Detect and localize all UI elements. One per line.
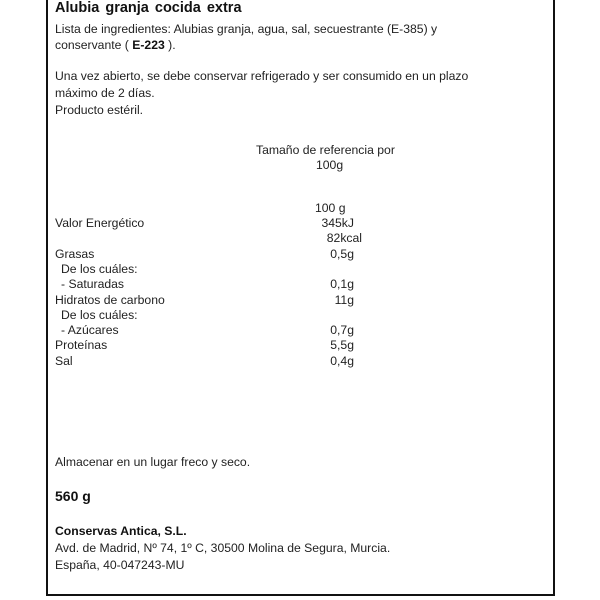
nutrient-value: 11g <box>274 293 354 307</box>
nutrient-label: De los cuáles: <box>61 308 138 322</box>
nutrient-value: 0,4g <box>274 354 354 368</box>
preservative-code: E-223 <box>132 38 165 52</box>
nutrient-label: - Azúcares <box>61 323 119 337</box>
company-name: Conservas Antica, S.L. <box>55 524 187 538</box>
nutrition-reference-header-2: 100g <box>316 158 343 172</box>
ingredients-line-2: conservante ( E-223 ). <box>55 38 176 52</box>
storage-opened-line-2: máximo de 2 días. <box>55 86 155 100</box>
nutrient-label: Grasas <box>55 247 94 261</box>
product-title: Alubia granja cocida extra <box>55 1 242 15</box>
nutrient-label: Sal <box>55 354 73 368</box>
ingredients-line-1: Lista de ingredientes: Alubias granja, a… <box>55 22 437 36</box>
product-label: Alubia granja cocida extra Lista de ingr… <box>46 0 555 596</box>
nutrient-value: 0,5g <box>274 247 354 261</box>
company-address-line-2: España, 40-047243-MU <box>55 558 184 572</box>
nutrient-label: De los cuáles: <box>61 262 138 276</box>
ingredients-prefix: conservante ( <box>55 38 132 52</box>
nutrient-label: Hidratos de carbono <box>55 293 165 307</box>
storage-opened-line-1: Una vez abierto, se debe conservar refri… <box>55 69 468 83</box>
nutrient-label: Proteínas <box>55 338 107 352</box>
nutrient-value: 5,5g <box>274 338 354 352</box>
nutrient-label: Valor Energético <box>55 216 144 230</box>
company-address-line-1: Avd. de Madrid, Nº 74, 1º C, 30500 Molin… <box>55 541 390 555</box>
nutrient-label: - Saturadas <box>61 277 124 291</box>
nutrition-reference-header: Tamaño de referencia por <box>256 143 395 157</box>
nutrient-value: 345kJ <box>274 216 354 230</box>
nutrient-value: 0,1g <box>274 277 354 291</box>
net-weight: 560 g <box>55 489 91 503</box>
nutrient-value: 0,7g <box>274 323 354 337</box>
sterile-note: Producto estéril. <box>55 103 143 117</box>
storage-note: Almacenar en un lugar freco y seco. <box>55 455 250 469</box>
nutrition-column-header: 100 g <box>315 201 346 215</box>
ingredients-suffix: ). <box>165 38 176 52</box>
nutrient-value: 82kcal <box>282 231 362 245</box>
